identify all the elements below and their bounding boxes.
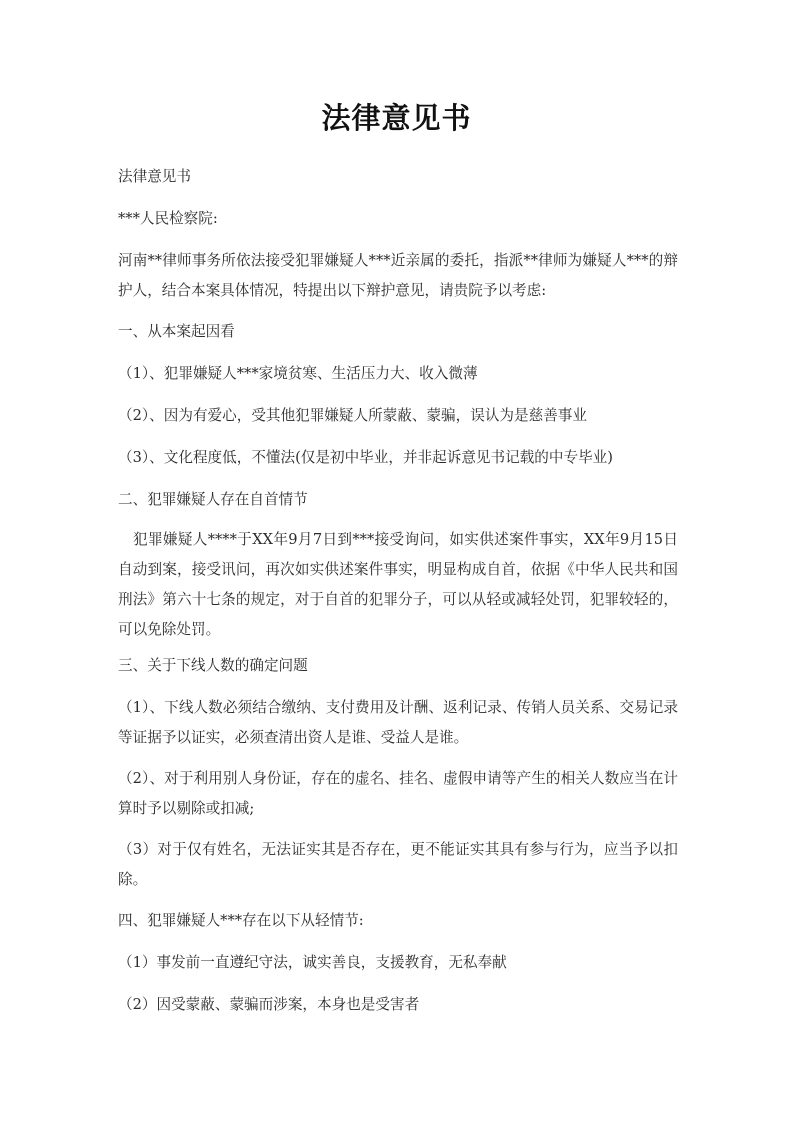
list-item: （2）、因为有爱心，受其他犯罪嫌疑人所蒙蔽、蒙骗，误认为是慈善事业 xyxy=(118,401,678,431)
intro-paragraph: 河南**律师事务所依法接受犯罪嫌疑人***近亲属的委托，指派**律师为嫌疑人**… xyxy=(118,246,678,306)
section-heading: 二、犯罪嫌疑人存在自首情节 xyxy=(118,485,678,515)
section-heading: 三、关于下线人数的确定问题 xyxy=(118,651,678,681)
list-item: （1）、犯罪嫌疑人***家境贫寒、生活压力大、收入微薄 xyxy=(118,359,678,389)
list-item: （2）因受蒙蔽、蒙骗而涉案，本身也是受害者 xyxy=(118,990,678,1020)
list-item: （3）对于仅有姓名，无法证实其是否存在，更不能证实其具有参与行为，应当予以扣除。 xyxy=(118,835,678,895)
list-item: （3）、文化程度低，不懂法(仅是初中毕业，并非起诉意见书记载的中专毕业) xyxy=(118,443,678,473)
list-item: （2）、对于利用别人身份证，存在的虚名、挂名、虚假申请等产生的相关人数应当在计算… xyxy=(118,764,678,824)
list-item: （1）、下线人数必须结合缴纳、支付费用及计酬、返利记录、传销人员关系、交易记录等… xyxy=(118,693,678,753)
document-page: 法律意见书 法律意见书 ***人民检察院: 河南**律师事务所依法接受犯罪嫌疑人… xyxy=(0,0,793,1122)
body-paragraph: 犯罪嫌疑人****于XX年9月7日到***接受询问，如实供述案件事实，XX年9月… xyxy=(118,525,678,645)
section-heading: 一、从本案起因看 xyxy=(118,317,678,347)
document-title: 法律意见书 xyxy=(0,96,793,137)
addressee: ***人民检察院: xyxy=(118,204,678,234)
section-heading: 四、犯罪嫌疑人***存在以下从轻情节: xyxy=(118,906,678,936)
list-item: （1）事发前一直遵纪守法，诚实善良，支援教育，无私奉献 xyxy=(118,948,678,978)
document-subtitle: 法律意见书 xyxy=(118,162,678,192)
